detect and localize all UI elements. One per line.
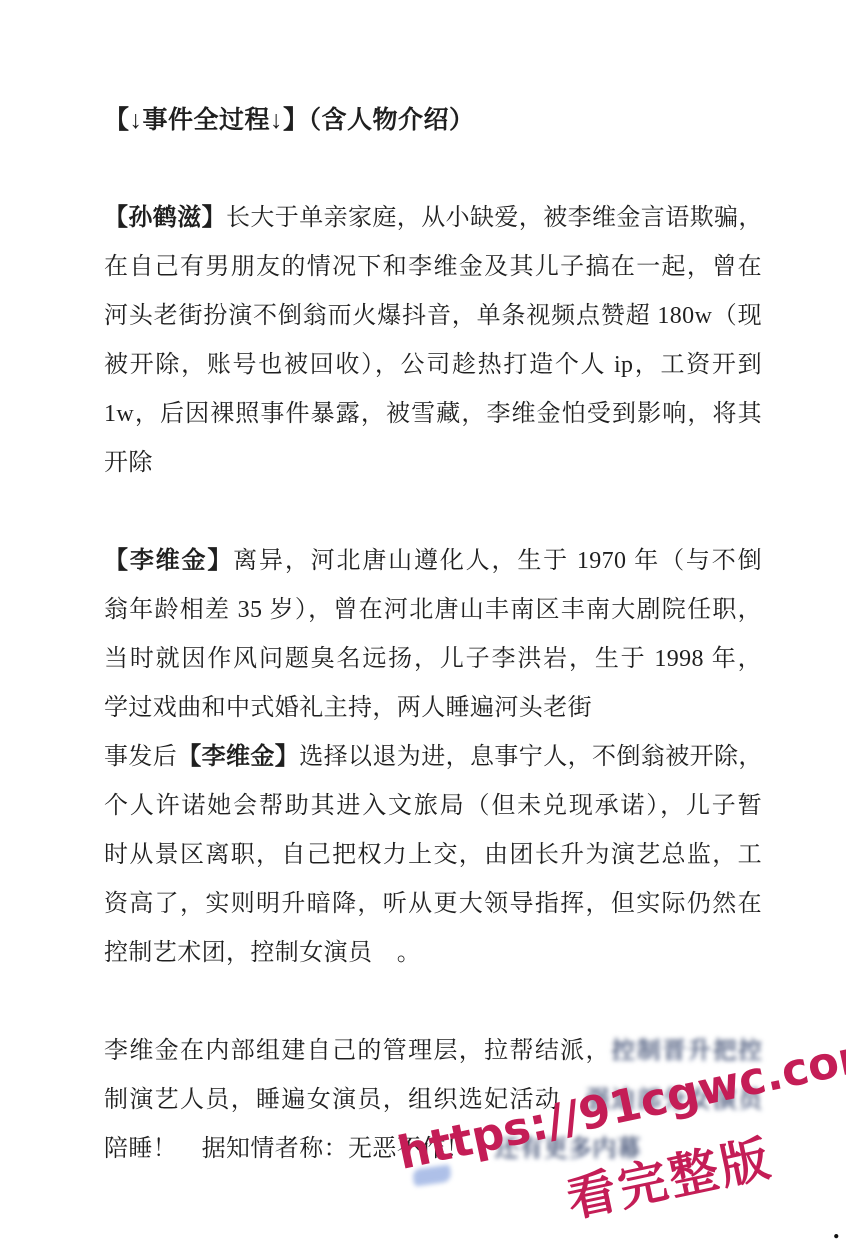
text-segment: 被开除，账号也被回收），公司趁热打造个人 ip，工资开到: [104, 352, 762, 378]
text-segment: 开除: [104, 450, 153, 476]
text-segment: 李维金在内部组建自己的管理层，拉帮结派，: [104, 1038, 611, 1064]
text-line: 翁年龄相差 35 岁），曾在河北唐山丰南区丰南大剧院任职，: [104, 586, 762, 635]
text-line: 【李维金】离异，河北唐山遵化人，生于 1970 年（与不倒: [104, 537, 762, 586]
text-segment: 在自己有男朋友的情况下和李维金及其儿子搞在一起，曾在: [104, 254, 762, 280]
text-segment: 当时就因作风问题臭名远扬，儿子李洪岩，生于 1998 年，: [104, 646, 762, 672]
text-segment: 学过戏曲和中式婚礼主持，两人睡遍河头老街: [104, 695, 592, 721]
text-segment: 资高了，实则明升暗降，听从更大领导指挥，但实际仍然在: [104, 891, 762, 917]
text-segment: 翁年龄相差 35 岁），曾在河北唐山丰南区丰南大剧院任职，: [104, 597, 762, 623]
text-segment: 个人许诺她会帮助其进入文旅局（但未兑现承诺），儿子暂: [104, 793, 762, 819]
text-segment: 1w，后因裸照事件暴露，被雪藏，李维金怕受到影响，将其: [104, 401, 762, 427]
paragraph: 【李维金】离异，河北唐山遵化人，生于 1970 年（与不倒翁年龄相差 35 岁）…: [104, 537, 762, 978]
text-line: 事发后【李维金】选择以退为进，息事宁人，不倒翁被开除，: [104, 733, 762, 782]
text-line: 资高了，实则明升暗降，听从更大领导指挥，但实际仍然在: [104, 880, 762, 929]
text-segment: 离异，河北唐山遵化人，生于 1970 年（与不倒: [233, 548, 762, 574]
page-end-dot: .: [833, 1215, 840, 1245]
body-text: 【孙鹤滋】长大于单亲家庭，从小缺爱，被李维金言语欺骗，在自己有男朋友的情况下和李…: [104, 194, 762, 1174]
text-line: 个人许诺她会帮助其进入文旅局（但未兑现承诺），儿子暂: [104, 782, 762, 831]
text-line: 当时就因作风问题臭名远扬，儿子李洪岩，生于 1998 年，: [104, 635, 762, 684]
text-segment: 控制艺术团，控制女演员 。: [104, 940, 421, 966]
text-segment: 长大于单亲家庭，从小缺爱，被李维金言语欺骗，: [226, 205, 763, 231]
text-segment: 河头老街扮演不倒翁而火爆抖音，单条视频点赞超 180w（现: [104, 303, 762, 329]
text-line: 学过戏曲和中式婚礼主持，两人睡遍河头老街: [104, 684, 762, 733]
text-line: 时从景区离职，自己把权力上交，由团长升为演艺总监，工: [104, 831, 762, 880]
text-line: 控制艺术团，控制女演员 。: [104, 929, 762, 978]
document-page: { "page": { "background": "#ffffff", "te…: [0, 0, 846, 1248]
highlighted-name: 【李维金】: [104, 548, 233, 574]
text-line: 1w，后因裸照事件暴露，被雪藏，李维金怕受到影响，将其: [104, 390, 762, 439]
paragraph: 【孙鹤滋】长大于单亲家庭，从小缺爱，被李维金言语欺骗，在自己有男朋友的情况下和李…: [104, 194, 762, 488]
highlighted-name: 【孙鹤滋】: [104, 205, 226, 231]
text-segment: 选择以退为进，息事宁人，不倒翁被开除，: [299, 744, 763, 770]
text-line: 河头老街扮演不倒翁而火爆抖音，单条视频点赞超 180w（现: [104, 292, 762, 341]
page-title: 【↓事件全过程↓】（含人物介绍）: [104, 96, 762, 145]
text-line: 【孙鹤滋】长大于单亲家庭，从小缺爱，被李维金言语欺骗，: [104, 194, 762, 243]
text-line: 李维金在内部组建自己的管理层，拉帮结派，控制晋升把控: [104, 1027, 762, 1076]
text-line: 在自己有男朋友的情况下和李维金及其儿子搞在一起，曾在: [104, 243, 762, 292]
text-line: 被开除，账号也被回收），公司趁热打造个人 ip，工资开到: [104, 341, 762, 390]
text-segment: 事发后: [104, 744, 177, 770]
text-line: 开除: [104, 439, 762, 488]
text-segment: 时从景区离职，自己把权力上交，由团长升为演艺总监，工: [104, 842, 762, 868]
highlighted-name: 【李维金】: [177, 744, 299, 770]
